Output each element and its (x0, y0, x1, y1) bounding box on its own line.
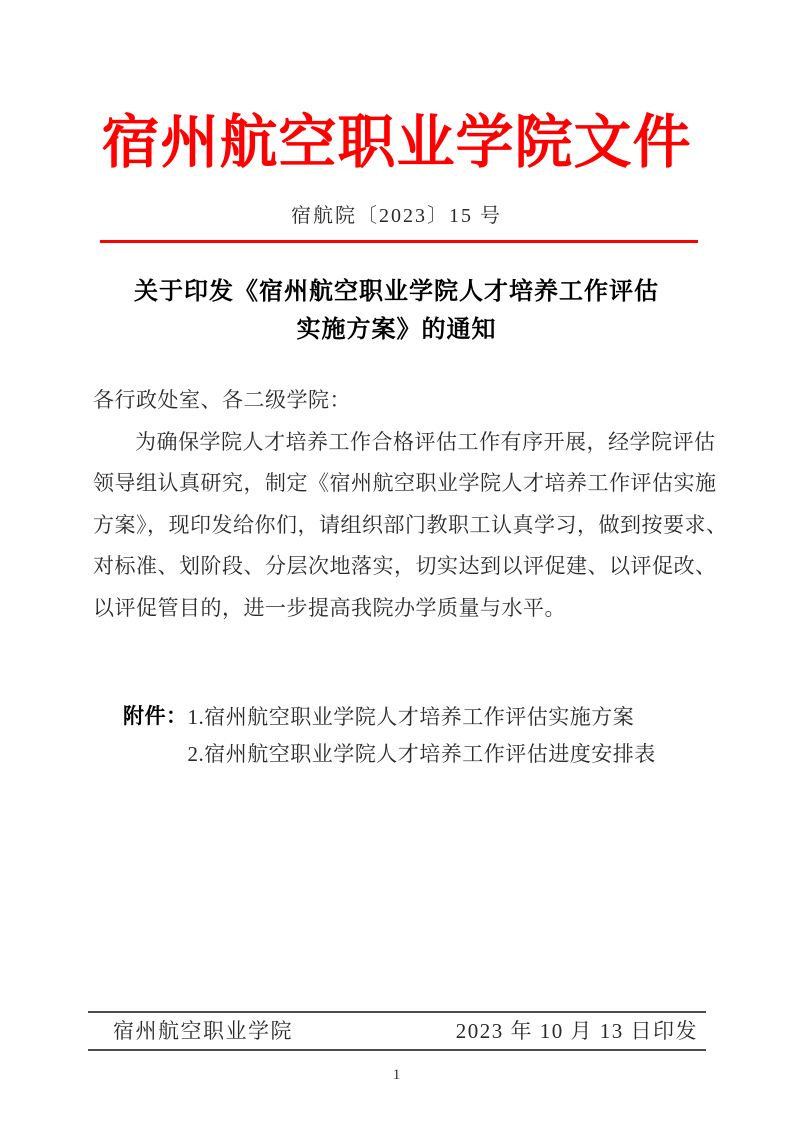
page-number: 1 (0, 1066, 793, 1084)
footer-divider-top (88, 1011, 706, 1013)
notice-title-line-1: 关于印发《宿州航空职业学院人才培养工作评估 (0, 273, 793, 311)
attachments-block: 附件： 1.宿州航空职业学院人才培养工作评估实施方案 2.宿州航空职业学院人才培… (123, 699, 656, 772)
document-page: 宿州航空职业学院文件 宿航院〔2023〕15 号 关于印发《宿州航空职业学院人才… (0, 0, 793, 1122)
document-number: 宿航院〔2023〕15 号 (0, 204, 793, 228)
paragraph-line: 以评促管目的，进一步提高我院办学质量与水平。 (93, 588, 709, 630)
notice-body: 各行政处室、各二级学院： 为确保学院人才培养工作合格评估工作有序开展，经学院评估… (93, 380, 709, 630)
footer-row: 宿州航空职业学院 2023 年 10 月 13 日印发 (88, 1019, 706, 1043)
attachment-item: 2.宿州航空职业学院人才培养工作评估进度安排表 (188, 736, 656, 773)
notice-title-line-2: 实施方案》的通知 (0, 311, 793, 349)
salutation: 各行政处室、各二级学院： (93, 380, 709, 422)
paragraph-line: 领导组认真研究，制定《宿州航空职业学院人才培养工作评估实施 (93, 463, 709, 505)
paragraph-line: 为确保学院人才培养工作合格评估工作有序开展，经学院评估 (93, 422, 709, 464)
notice-title: 关于印发《宿州航空职业学院人才培养工作评估 实施方案》的通知 (0, 273, 793, 349)
footer-print-date: 2023 年 10 月 13 日印发 (456, 1019, 698, 1043)
paragraph-line: 对标准、划阶段、分层次地落实，切实达到以评促建、以评促改、 (93, 546, 709, 588)
attachments-list: 1.宿州航空职业学院人才培养工作评估实施方案 2.宿州航空职业学院人才培养工作评… (188, 699, 656, 772)
attachments-label: 附件： (123, 699, 188, 736)
red-divider-line (100, 240, 698, 243)
paragraph-line: 方案》，现印发给你们，请组织部门教职工认真学习，做到按要求、 (93, 505, 709, 547)
footer-issuer: 宿州航空职业学院 (113, 1019, 293, 1043)
attachment-item: 1.宿州航空职业学院人才培养工作评估实施方案 (188, 699, 656, 736)
footer-divider-bottom (88, 1049, 706, 1051)
letterhead-org-title: 宿州航空职业学院文件 (0, 104, 793, 182)
